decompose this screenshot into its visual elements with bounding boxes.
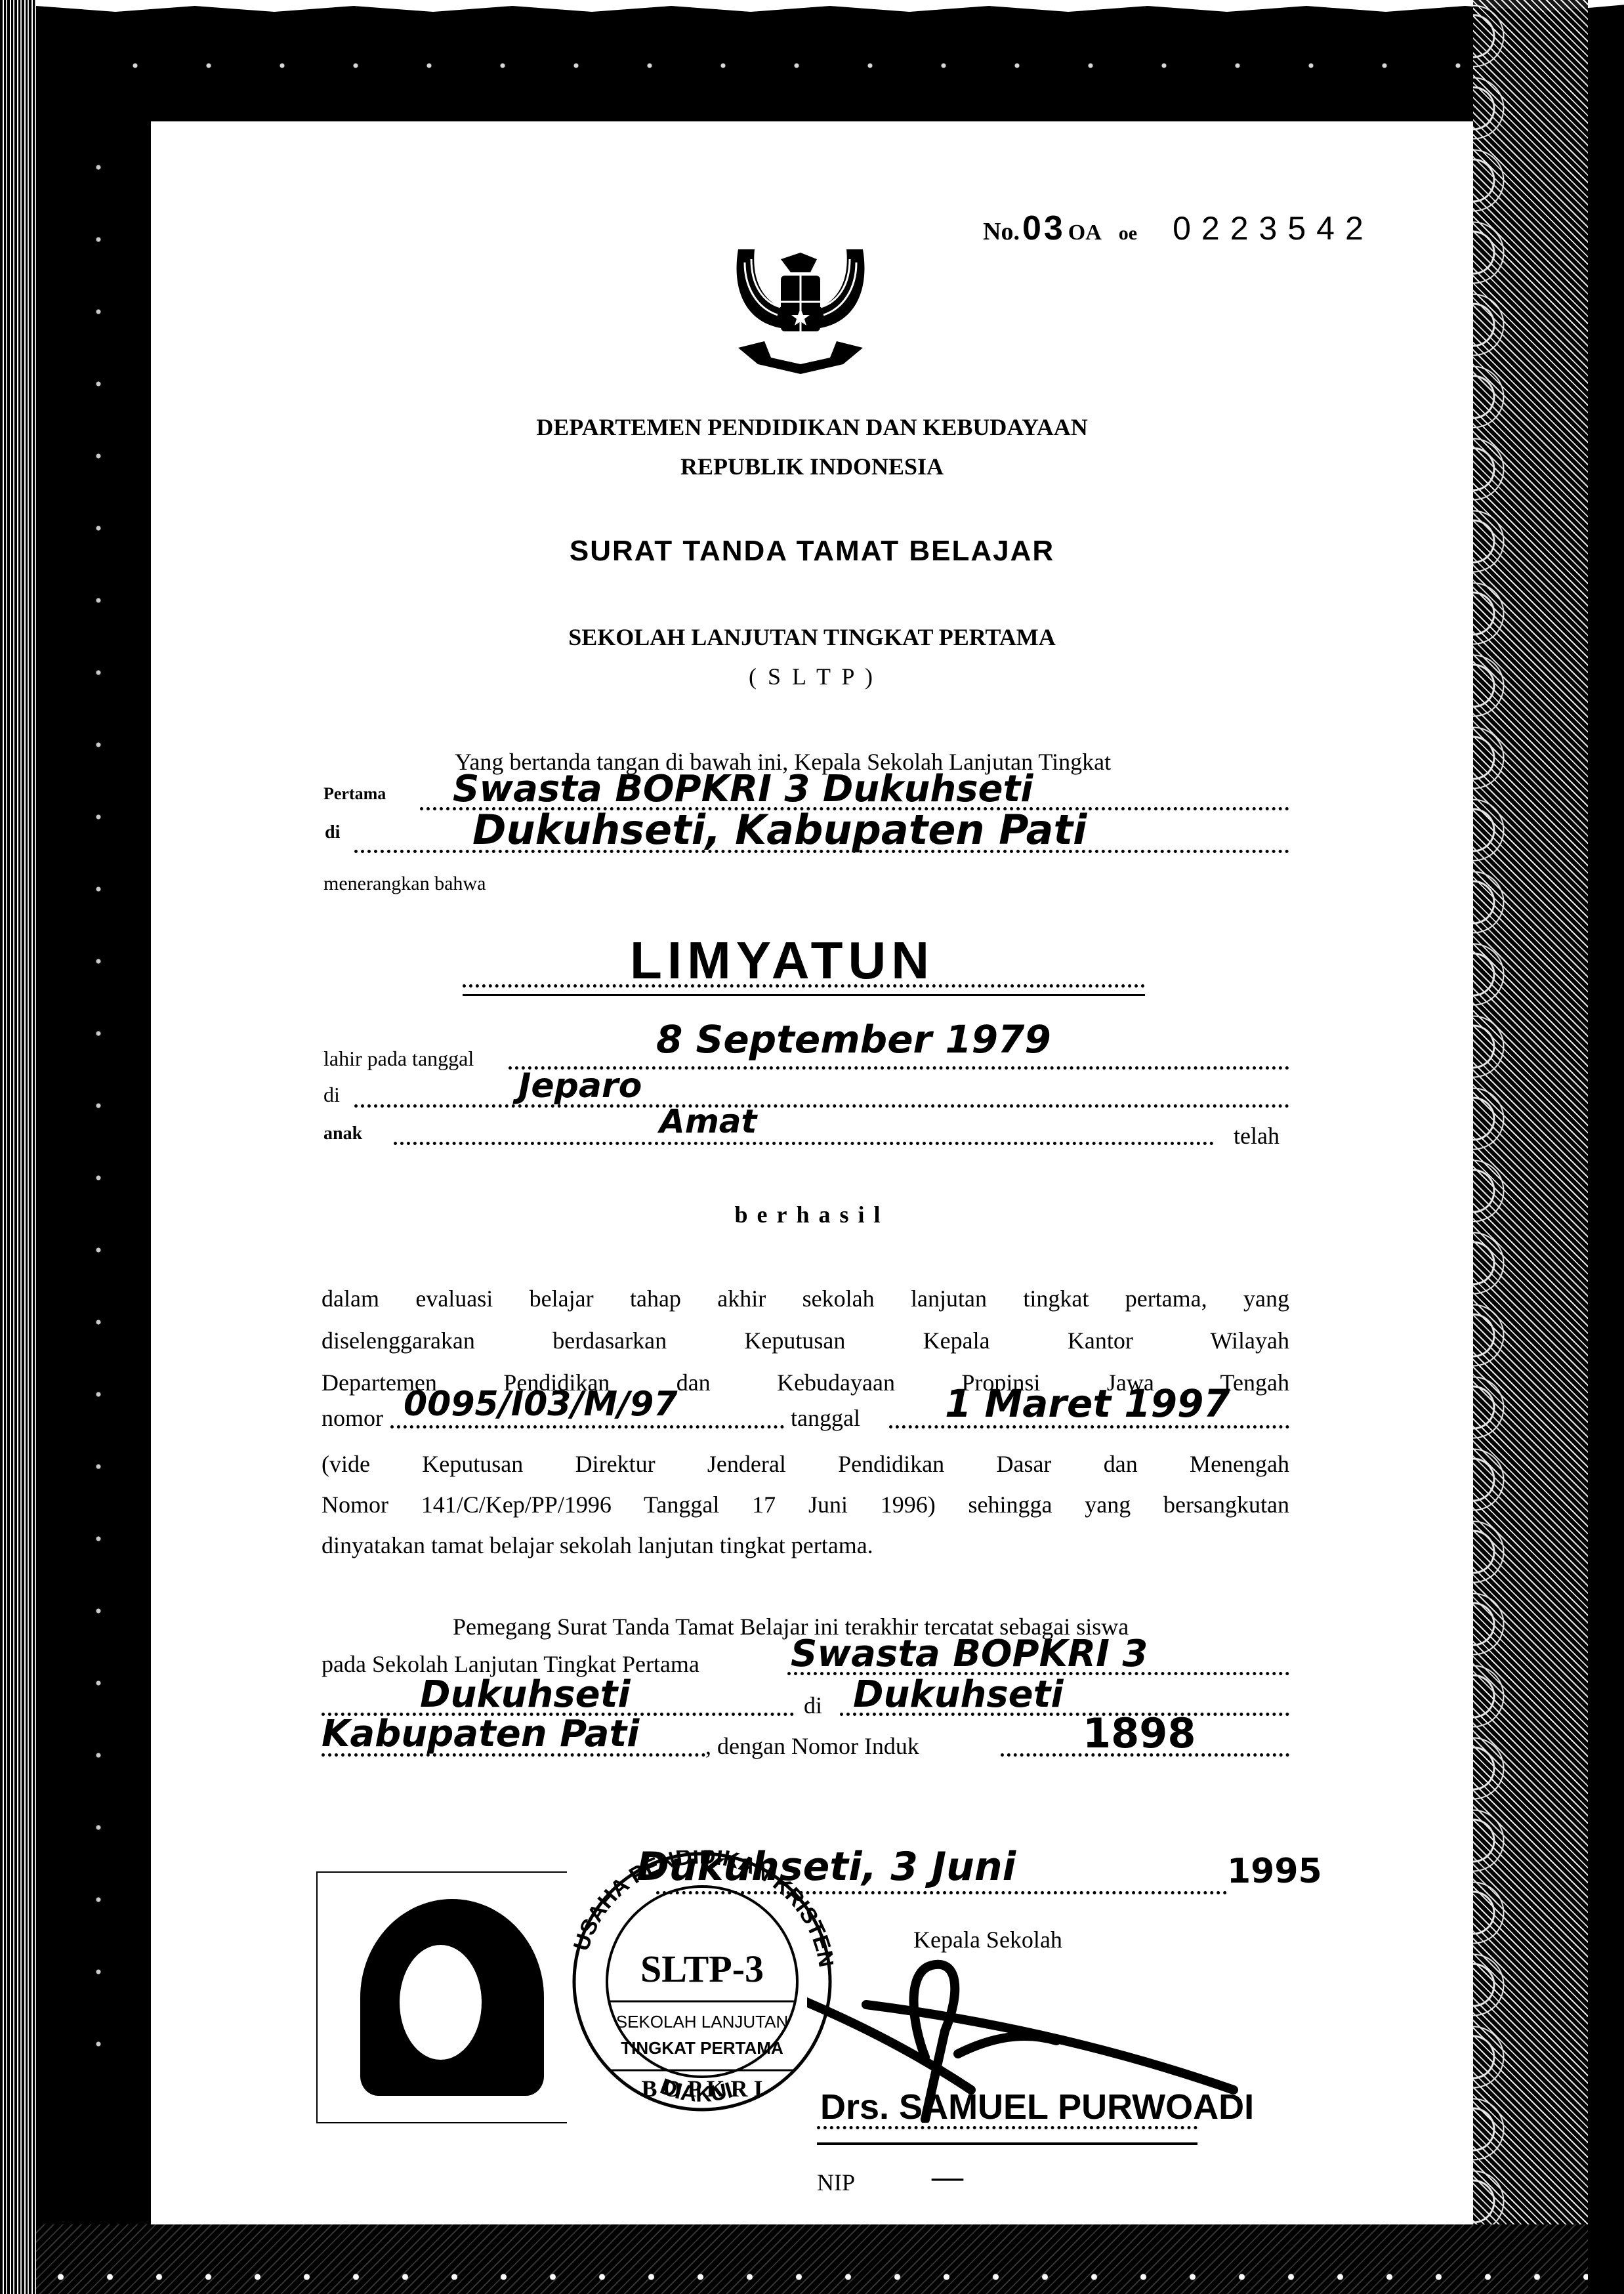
- certificate-title: SURAT TANDA TAMAT BELAJAR: [0, 535, 1624, 568]
- stamp-line-1: SEKOLAH LANJUTAN: [616, 2012, 788, 2032]
- pertama-label: Pertama: [323, 784, 386, 804]
- vide-line-3: dinyatakan tamat belajar sekolah lanjuta…: [322, 1532, 873, 1559]
- number-suffix-b: oe: [1119, 222, 1137, 244]
- decree-date-field: 1 Maret 1997: [945, 1381, 1230, 1426]
- country-name: REPUBLIK INDONESIA: [0, 453, 1624, 480]
- birthplace-field: Jeparo: [518, 1066, 642, 1106]
- number-series: 03: [1022, 209, 1066, 247]
- vide-line-1: (vide Keputusan Direktur Jenderal Pendid…: [322, 1450, 1289, 1478]
- birthplace-label: di: [323, 1083, 340, 1107]
- ministry-name: DEPARTEMEN PENDIDIKAN DAN KEBUDAYAAN: [0, 413, 1624, 441]
- number-label: No.: [983, 218, 1020, 245]
- decree-number-label: nomor: [322, 1404, 383, 1432]
- result-line-1: dalam evaluasi belajar tahap akhir sekol…: [322, 1285, 1289, 1312]
- holder-school-field: Swasta BOPKRI 3: [791, 1633, 1148, 1675]
- signatory-line: [817, 2126, 1197, 2129]
- student-number-label: , dengan Nomor Induk: [705, 1732, 919, 1760]
- signatory-role: Kepala Sekolah: [913, 1926, 1062, 1953]
- vide-line-2: Nomor 141/C/Kep/PP/1996 Tanggal 17 Juni …: [322, 1491, 1289, 1518]
- photo-face: [400, 1945, 482, 2060]
- school-level: SEKOLAH LANJUTAN TINGKAT PERTAMA: [0, 623, 1624, 651]
- nip-value: —: [932, 2159, 963, 2195]
- decree-date-label: tanggal: [791, 1404, 860, 1432]
- declares-label: menerangkan bahwa: [323, 873, 486, 895]
- stamp-title: SLTP-3: [640, 1948, 764, 1990]
- border-ornament-bottom: [36, 2224, 1588, 2294]
- serial-number: 0223542: [1173, 210, 1374, 247]
- stamp-line-2: TINGKAT PERTAMA: [621, 2038, 783, 2058]
- school-level-abbr: ( S L T P ): [0, 663, 1624, 690]
- school-name-field: Swasta BOPKRI 3 Dukuhseti: [453, 768, 1033, 810]
- student-name-underline: [463, 994, 1145, 996]
- birth-date-field: 8 September 1979: [656, 1017, 1051, 1062]
- parent-field: Amat: [659, 1102, 757, 1140]
- decree-number-line: [390, 1425, 784, 1429]
- child-of-label: anak: [323, 1123, 362, 1144]
- school-stamp-icon: USAHA PENDIDIKAN KRISTEN DIAKUI SLTP-3 S…: [571, 1850, 833, 2113]
- result-line-2: diselenggarakan berdasarkan Keputusan Ke…: [322, 1327, 1289, 1354]
- student-name-line: [463, 984, 1145, 988]
- border-ornament-top: [98, 59, 1476, 72]
- student-name: LIMYATUN: [630, 930, 934, 991]
- student-photo: [316, 1871, 567, 2123]
- birthplace-line: [354, 1104, 1289, 1108]
- holder-school-cont-field: Dukuhseti: [420, 1673, 631, 1716]
- stamp-org: B O P K R I: [641, 2075, 762, 2102]
- nip-label: NIP: [817, 2169, 855, 2196]
- telah-label: telah: [1234, 1122, 1280, 1150]
- sign-year-field: 1995: [1227, 1852, 1322, 1891]
- certificate-number: No. 03 OA oe 0223542: [983, 209, 1374, 248]
- result-status: berhasil: [0, 1201, 1624, 1228]
- garuda-emblem-icon: [725, 210, 876, 374]
- signatory-name: Drs. SAMUEL PURWOADI: [820, 2087, 1254, 2127]
- scan-edge: [0, 0, 36, 2294]
- di-label: di: [325, 822, 340, 843]
- student-number-field: 1898: [1083, 1709, 1196, 1757]
- holder-location-field: Dukuhseti: [853, 1673, 1064, 1716]
- holder-di-label: di: [804, 1692, 822, 1719]
- signatory-underline: [817, 2142, 1197, 2145]
- parent-line: [394, 1142, 1214, 1145]
- number-suffix-a: OA: [1068, 220, 1102, 245]
- school-location-field: Dukuhseti, Kabupaten Pati: [472, 806, 1087, 854]
- border-ornament-right: [1473, 0, 1588, 2294]
- decree-number-field: 0095/I03/M/97: [404, 1385, 678, 1424]
- holder-regency-field: Kabupaten Pati: [322, 1713, 639, 1755]
- birth-date-label: lahir pada tanggal: [323, 1047, 474, 1071]
